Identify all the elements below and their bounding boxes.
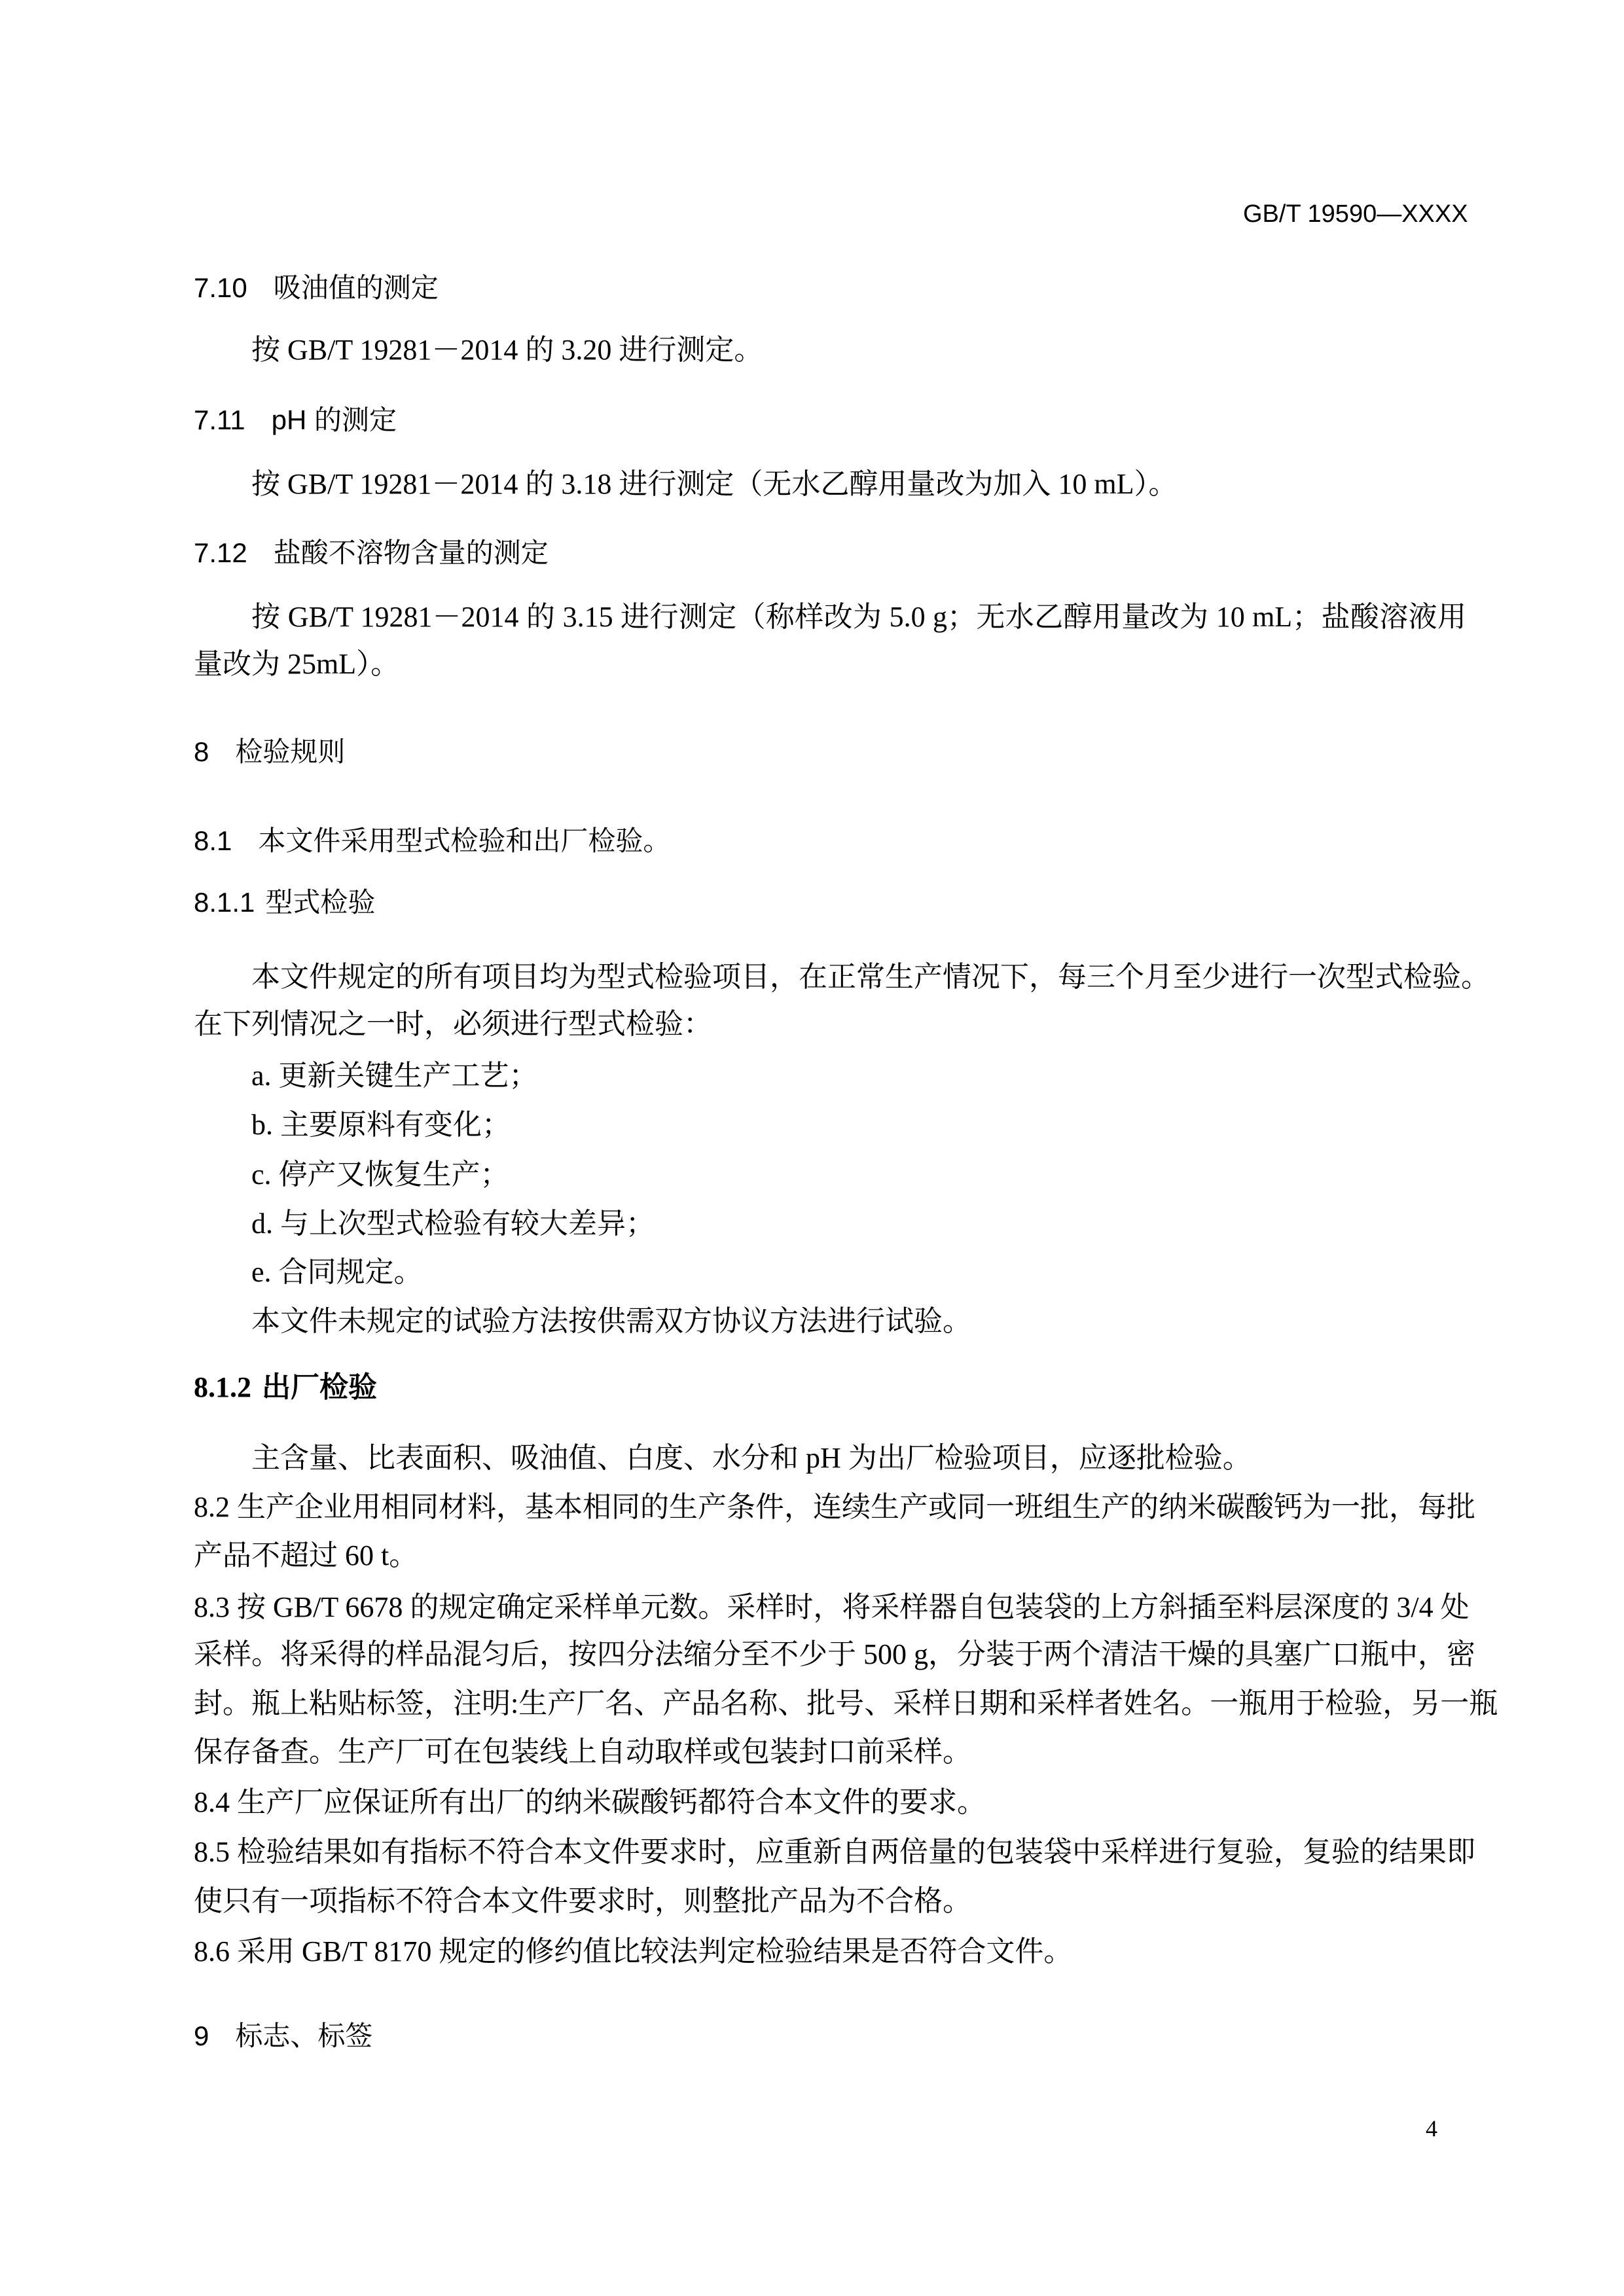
section-number: 8.1 <box>194 825 232 856</box>
page-number: 4 <box>1426 2117 1437 2140</box>
section-body-7-12-line-2: 量改为 25mL）。 <box>194 650 399 679</box>
section-number: 7.12 <box>194 537 247 568</box>
clause-8-2-line-1: 8.2 生产企业用相同材料，基本相同的生产条件，连续生产或同一班组生产的纳米碳酸… <box>194 1493 1466 1522</box>
clause-8-3-line-1: 8.3 按 GB/T 6678 的规定确定采样单元数。采样时，将采样器自包装袋的… <box>194 1593 1466 1622</box>
list-item-c: c. 停产又恢复生产； <box>251 1160 509 1189</box>
section-title: 型式检验 <box>265 887 375 918</box>
list-marker: d. <box>251 1208 273 1240</box>
clause-8-5-line-2: 使只有一项指标不符合本文件要求时，则整批产品为不合格。 <box>194 1887 971 1916</box>
list-item-d: d. 与上次型式检验有较大差异； <box>251 1210 655 1238</box>
clause-8-2-line-2: 产品不超过 60 t。 <box>194 1541 418 1570</box>
list-text: 更新关键生产工艺； <box>279 1060 538 1092</box>
section-body-7-11: 按 GB/T 19281－2014 的 3.18 进行测定（无水乙醇用量改为加入… <box>251 470 1178 499</box>
section-heading-7-10: 7.10吸油值的测定 <box>194 274 439 302</box>
paragraph-8-1-1-line-1: 本文件规定的所有项目均为型式检验项目，在正常生产情况下，每三个月至少进行一次型式… <box>251 963 1466 992</box>
document-code-header: GB/T 19590—XXXX <box>1243 202 1468 226</box>
list-marker: c. <box>251 1158 272 1191</box>
section-title: 盐酸不溶物含量的测定 <box>274 537 549 568</box>
chapter-title: 标志、标签 <box>235 2020 372 2051</box>
section-body-7-12-line-1: 按 GB/T 19281－2014 的 3.15 进行测定（称样改为 5.0 g… <box>251 603 1466 632</box>
list-marker: e. <box>251 1256 272 1288</box>
paragraph-8-1-1-note: 本文件未规定的试验方法按供需双方协议方法进行试验。 <box>251 1307 971 1336</box>
section-title: 出厂检验 <box>262 1371 377 1403</box>
chapter-title: 检验规则 <box>235 736 345 767</box>
section-title: 本文件采用型式检验和出厂检验。 <box>258 825 670 856</box>
list-text: 主要原料有变化； <box>280 1109 511 1141</box>
chapter-heading-9: 9标志、标签 <box>194 2022 372 2050</box>
clause-8-4: 8.4 生产厂应保证所有出厂的纳米碳酸钙都符合本文件的要求。 <box>194 1788 986 1817</box>
list-item-e: e. 合同规定。 <box>251 1258 423 1287</box>
section-title: pH 的测定 <box>272 404 397 435</box>
section-heading-8-1-2: 8.1.2出厂检验 <box>194 1373 377 1402</box>
document-page: GB/T 19590—XXXX 7.10吸油值的测定 按 GB/T 19281－… <box>0 0 1624 2296</box>
clause-8-3-line-2: 采样。将采得的样品混匀后，按四分法缩分至不少于 500 g，分装于两个清洁干燥的… <box>194 1640 1466 1669</box>
clause-8-3-line-3: 封。瓶上粘贴标签，注明:生产厂名、产品名称、批号、采样日期和采样者姓名。一瓶用于… <box>194 1689 1466 1718</box>
section-body-8-1-2: 主含量、比表面积、吸油值、白度、水分和 pH 为出厂检验项目，应逐批检验。 <box>251 1444 1252 1473</box>
list-text: 合同规定。 <box>279 1256 423 1288</box>
chapter-heading-8: 8检验规则 <box>194 738 345 766</box>
list-item-b: b. 主要原料有变化； <box>251 1111 511 1139</box>
section-heading-7-12: 7.12盐酸不溶物含量的测定 <box>194 539 549 567</box>
section-number: 7.11 <box>194 404 245 435</box>
chapter-number: 8 <box>194 736 209 767</box>
list-item-a: a. 更新关键生产工艺； <box>251 1062 538 1090</box>
clause-8-6: 8.6 采用 GB/T 8170 规定的修约值比较法判定检验结果是否符合文件。 <box>194 1937 1072 1966</box>
section-number: 8.1.2 <box>194 1371 251 1403</box>
list-text: 停产又恢复生产； <box>279 1158 509 1191</box>
list-text: 与上次型式检验有较大差异； <box>280 1208 655 1240</box>
list-marker: b. <box>251 1109 273 1141</box>
section-title: 吸油值的测定 <box>274 272 439 303</box>
section-heading-8-1: 8.1本文件采用型式检验和出厂检验。 <box>194 827 670 855</box>
clause-8-5-line-1: 8.5 检验结果如有指标不符合本文件要求时，应重新自两倍量的包装袋中采样进行复验… <box>194 1838 1466 1867</box>
chapter-number: 9 <box>194 2020 209 2051</box>
clause-8-3-line-4: 保存备查。生产厂可在包装线上自动取样或包装封口前采样。 <box>194 1738 971 1767</box>
section-heading-8-1-1: 8.1.1型式检验 <box>194 889 375 916</box>
section-number: 7.10 <box>194 272 247 303</box>
section-heading-7-11: 7.11pH 的测定 <box>194 406 397 434</box>
paragraph-8-1-1-line-2: 在下列情况之一时，必须进行型式检验： <box>194 1010 712 1039</box>
list-marker: a. <box>251 1060 272 1092</box>
section-number: 8.1.1 <box>194 887 255 918</box>
section-body-7-10: 按 GB/T 19281－2014 的 3.20 进行测定。 <box>251 336 763 365</box>
